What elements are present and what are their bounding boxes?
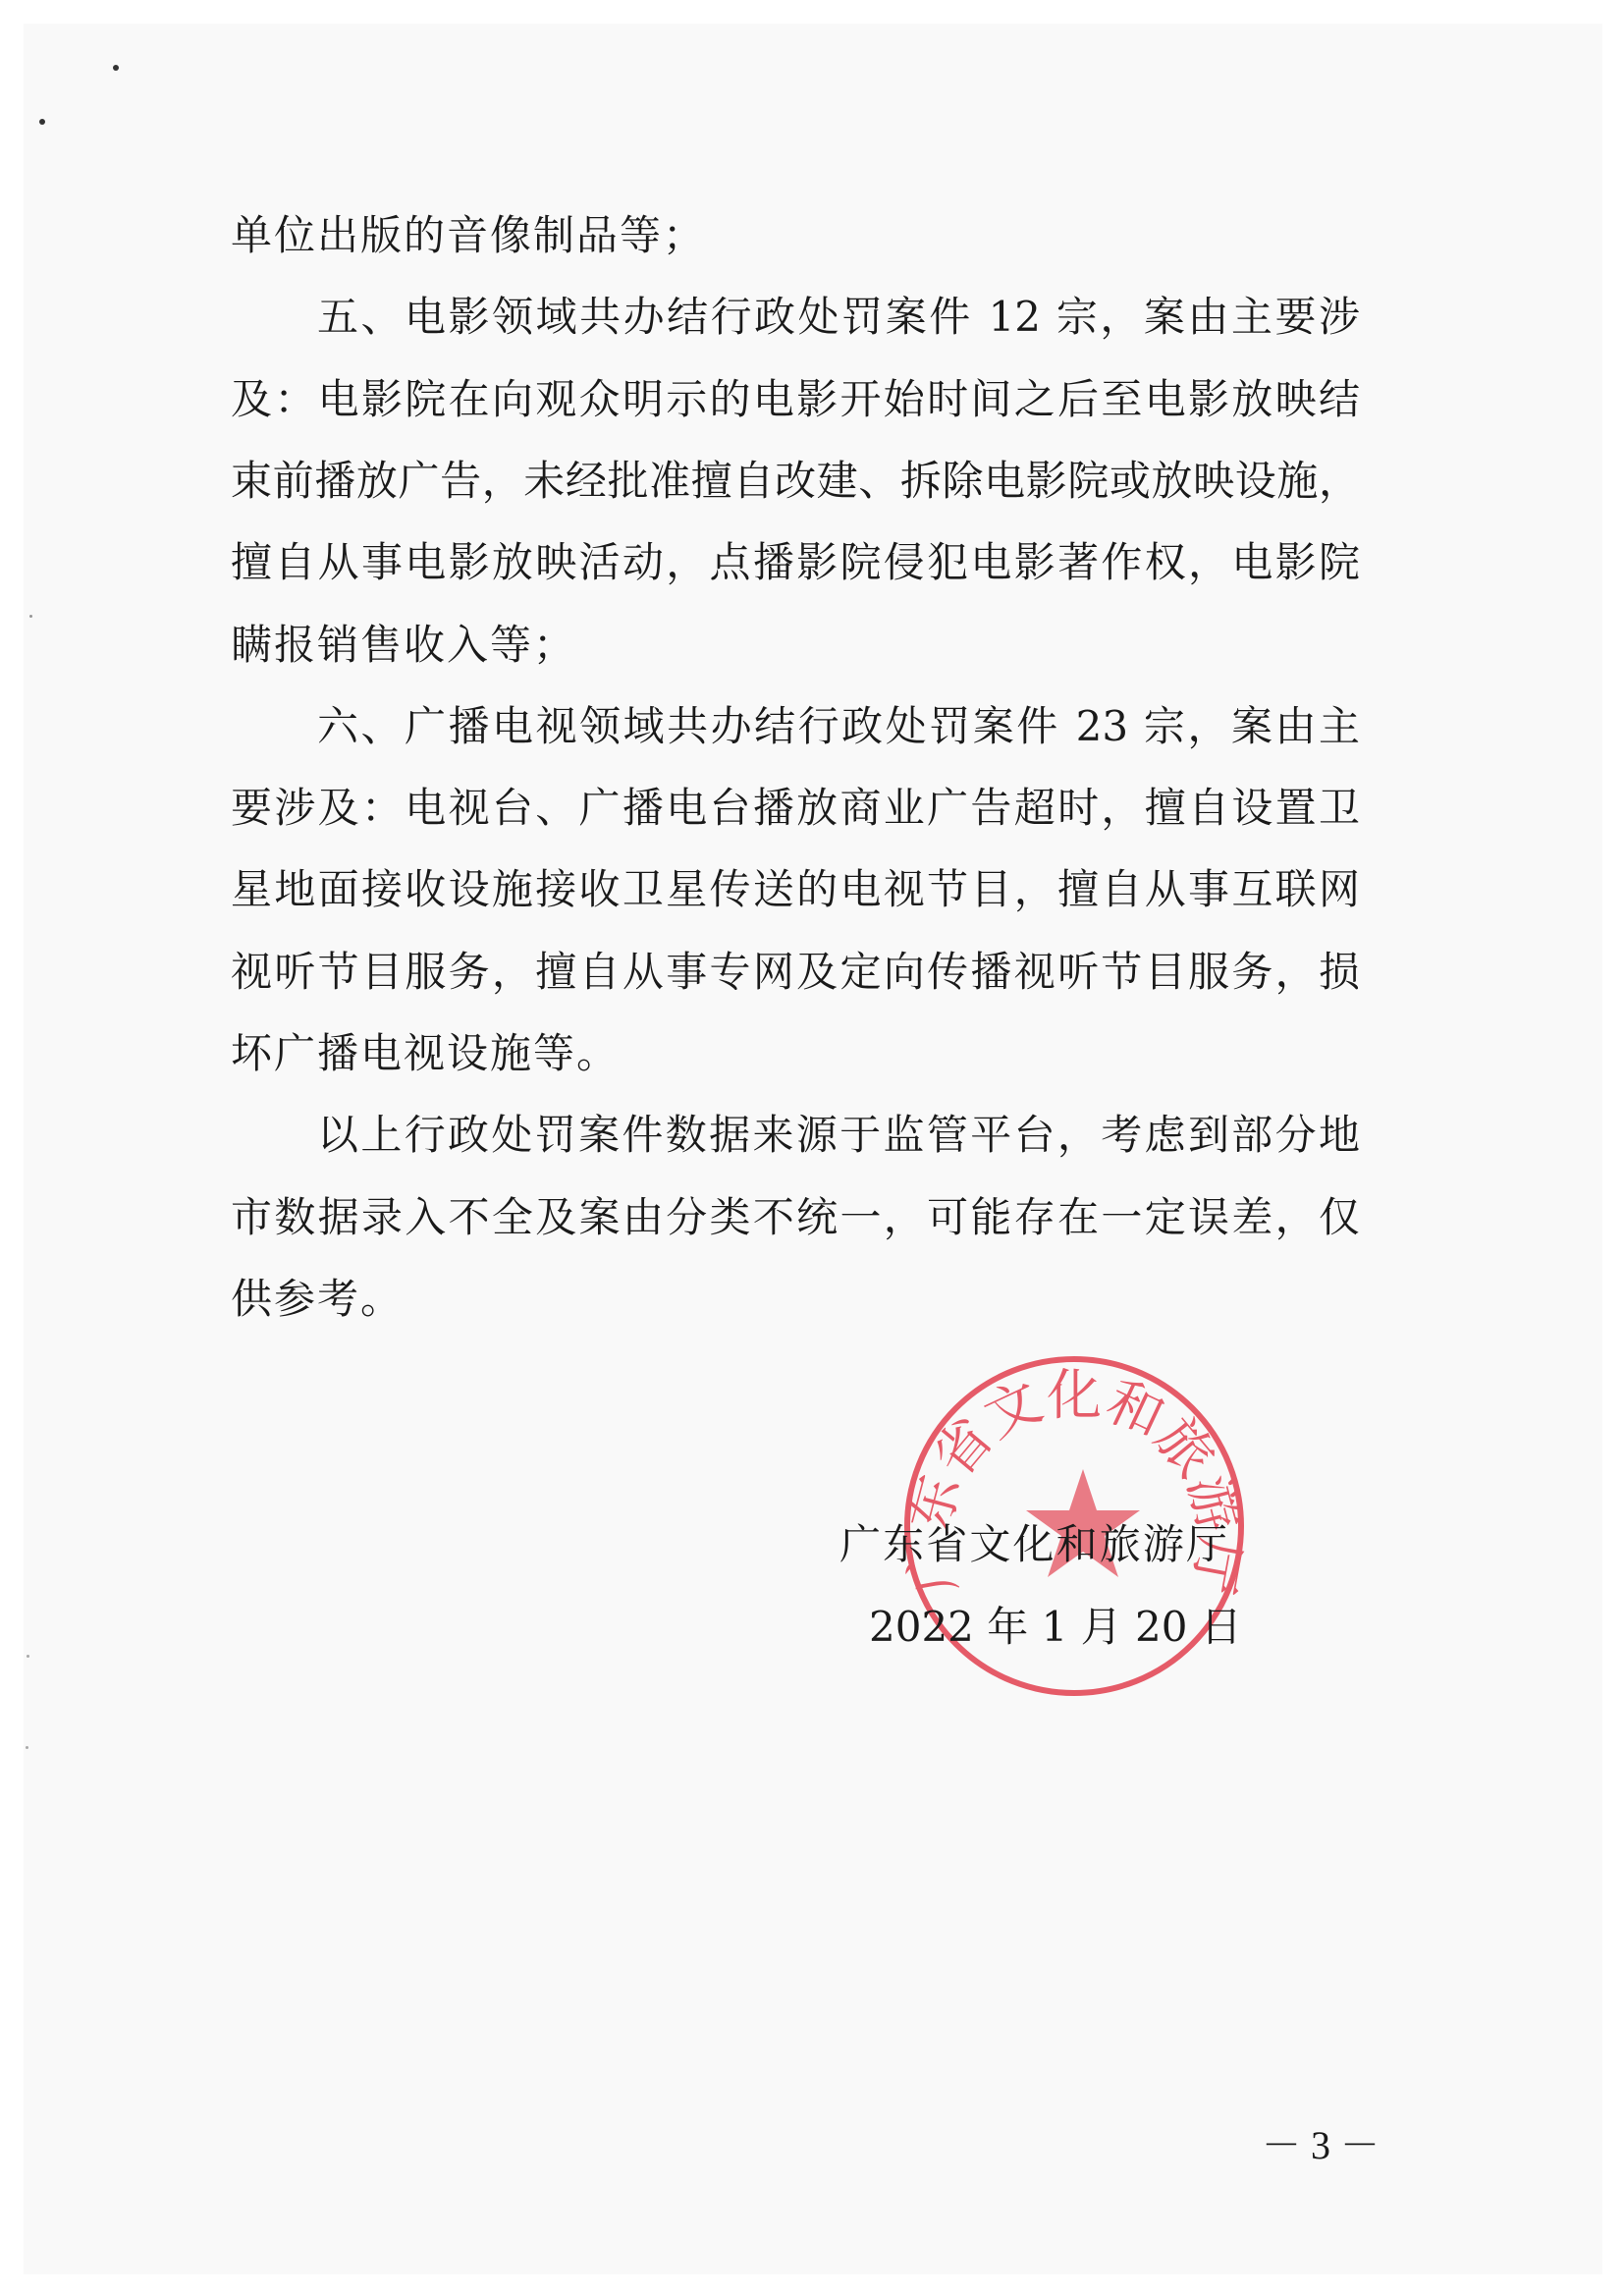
text-line: 束前播放广告，未经批准擅自改建、拆除电影院或放映设施， <box>231 457 1360 506</box>
text-line: 五、电影领域共办结行政处罚案件 12 宗，案由主要涉 <box>317 293 1360 342</box>
text-line: 坏广播电视设施等。 <box>231 1029 1360 1078</box>
scan-speck <box>39 119 45 125</box>
page-number: － 3 － <box>1262 2123 1370 2168</box>
text-line: 市数据录入不全及案由分类不统一，可能存在一定误差，仅 <box>231 1193 1360 1242</box>
text-line: 六、广播电视领域共办结行政处罚案件 23 宗，案由主 <box>317 702 1360 751</box>
text-line: 要涉及：电视台、广播电台播放商业广告超时，擅自设置卫 <box>231 784 1360 833</box>
text-line: 擅自从事电影放映活动，点播影院侵犯电影著作权，电影院 <box>231 538 1360 587</box>
text-line: 以上行政处罚案件数据来源于监管平台，考虑到部分地 <box>317 1111 1360 1160</box>
scan-speck <box>113 65 119 71</box>
text-line: 及：电影院在向观众明示的电影开始时间之后至电影放映结 <box>231 375 1360 424</box>
scan-speck <box>26 1746 28 1749</box>
text-line: 瞒报销售收入等； <box>231 621 1360 670</box>
scan-speck <box>27 1655 29 1658</box>
text-line: 供参考。 <box>231 1275 1360 1324</box>
text-line: 单位出版的音像制品等； <box>231 211 1360 260</box>
signature-date: 2022 年 1 月 20 日 <box>869 1603 1193 1652</box>
signature-organization: 广东省文化和旅游厅 <box>839 1520 1227 1569</box>
text-line: 星地面接收设施接收卫星传送的电视节目，擅自从事互联网 <box>231 865 1360 914</box>
scan-speck <box>29 615 32 618</box>
text-line: 视听节目服务，擅自从事专网及定向传播视听节目服务，损 <box>231 948 1360 997</box>
